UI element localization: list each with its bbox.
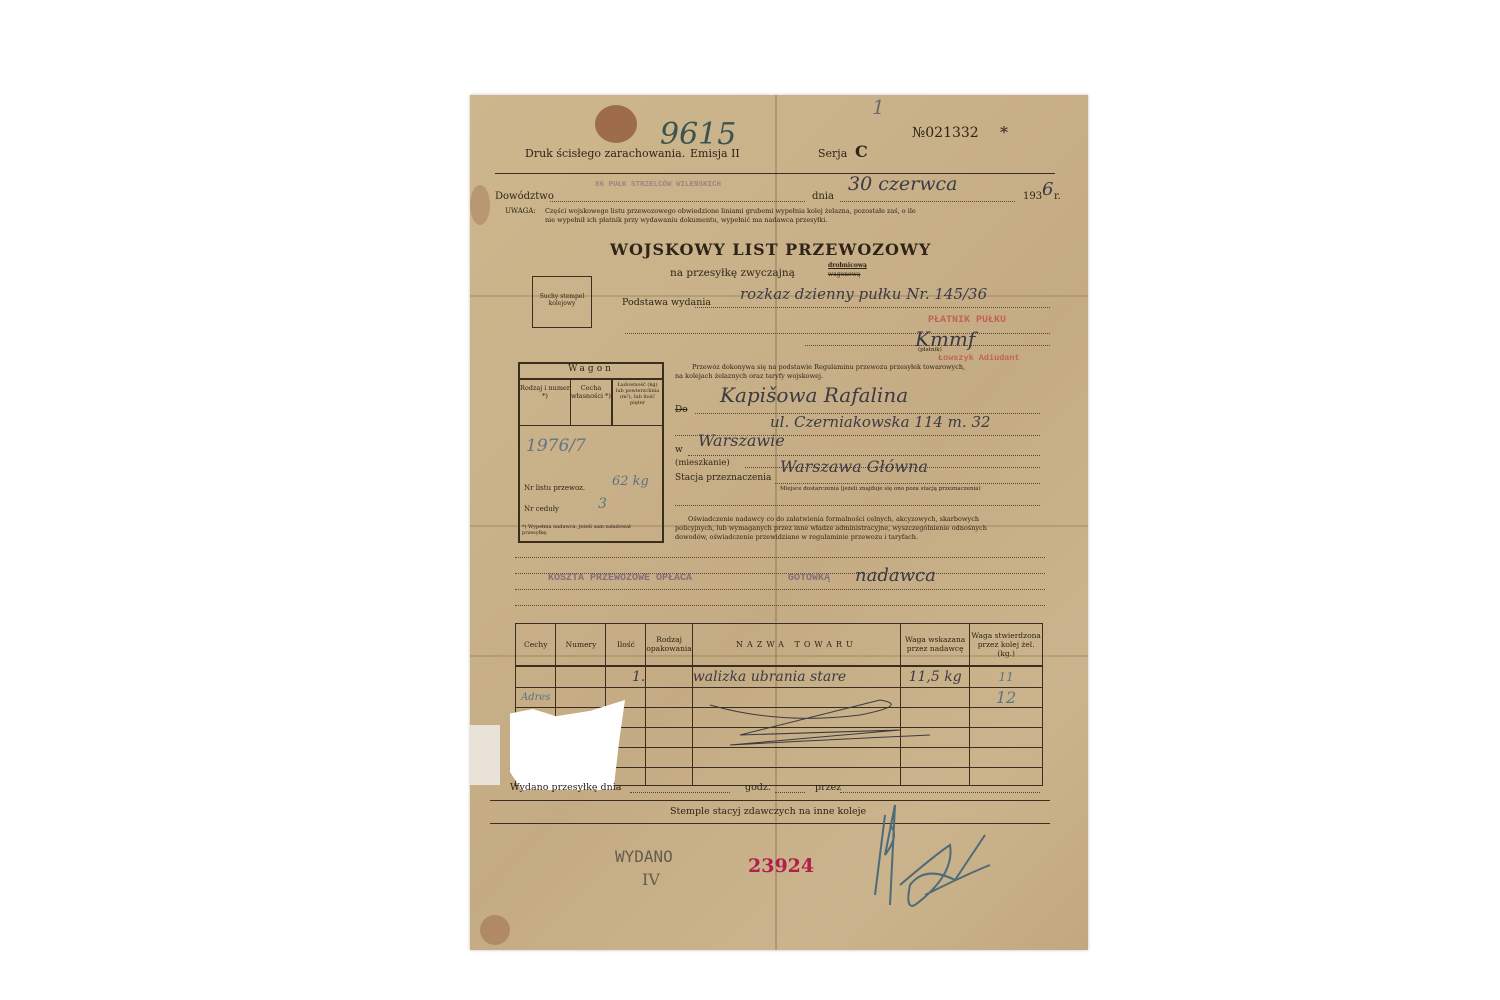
- stain: [595, 105, 637, 143]
- star-mark: *: [1000, 123, 1008, 142]
- note-line-1: Części wojskowego listu przewozowego obw…: [545, 207, 916, 216]
- wagon-box: Wagon Rodzaj i numer *) Cecha własności …: [518, 362, 664, 543]
- col-numery: Numery: [556, 624, 606, 666]
- declaration-line-2: policyjnych, lub wymaganych przez inne w…: [675, 524, 987, 532]
- recipient-address: ul. Czerniakowska 114 m. 32: [770, 413, 991, 431]
- wagon-col-owner: Cecha własności *): [571, 380, 613, 425]
- date-value: 30 czerwca: [848, 173, 957, 195]
- slip-label: Nr ceduły: [524, 505, 559, 513]
- issued-stamp-sub: IV: [642, 870, 660, 889]
- strike-scribble: [700, 695, 960, 755]
- issued-stamp: WYDANO: [615, 847, 673, 866]
- document-subtitle: na przesyłkę zwyczajną: [670, 267, 795, 279]
- col-goods-name: NAZWA TOWARU: [692, 624, 900, 666]
- declaration-line-1: Oświadczenie nadawcy co do załatwienia f…: [688, 515, 979, 523]
- command-label: Dowództwo: [495, 191, 554, 202]
- cash-stamp: GOTOWKĄ: [788, 573, 830, 584]
- delivery-note: Miejsce dostarczenia (jeżeli znajduje si…: [780, 486, 981, 492]
- slip-value: 3: [598, 496, 607, 512]
- costs-stamp: KOSZTA PRZEWOZOWE OPŁACA: [548, 573, 692, 584]
- subtitle-option: drobnicową: [828, 262, 867, 269]
- release-hour-label: godz.: [745, 782, 771, 793]
- handwritten-corner: 1: [872, 95, 885, 119]
- payer-name-stamp: Łowszyk Adiudant: [938, 353, 1020, 363]
- stain: [480, 915, 510, 945]
- in-label: w: [675, 445, 683, 455]
- document-number: №021332: [912, 125, 979, 141]
- note-label: UWAGA:: [505, 207, 536, 216]
- subtitle-option-struck: wagonową: [828, 271, 860, 278]
- station-stamps-label: Stemple stacyj zdawczych na inne koleje: [670, 806, 866, 817]
- serja-label: Serja: [818, 147, 847, 160]
- waybill-label: Nr listu przewoz.: [524, 484, 585, 492]
- release-by-label: przez: [815, 782, 841, 793]
- weight-rail: 11: [970, 666, 1043, 688]
- col-cechy: Cechy: [516, 624, 556, 666]
- col-weight-rail: Waga stwierdzona przez kolej żel. (kg.): [970, 624, 1043, 666]
- wagon-title: Wagon: [520, 364, 662, 380]
- col-weight-sender: Waga wskazana przez nadawcę: [901, 624, 970, 666]
- col-ilosc: Ilość: [606, 624, 646, 666]
- freight-document: Druk ścisłego zarachowania. Emisja II Se…: [470, 95, 1088, 950]
- station-label: Stacja przeznaczenia: [675, 473, 771, 483]
- goods-header-row: Cechy Numery Ilość Rodzaj opakowania NAZ…: [516, 624, 1043, 666]
- to-label: Do: [675, 405, 688, 415]
- weight-sender: 11,5 kg: [901, 666, 970, 688]
- transport-note-2: na kolejach żelaznych oraz taryfy wojsko…: [675, 372, 823, 380]
- dry-stamp-box: Suchy stempel kolejowy: [532, 276, 592, 328]
- wagon-entry: 1976/7: [526, 436, 586, 456]
- table-row: 1. walizka ubrania stare 11,5 kg 11: [516, 666, 1043, 688]
- red-serial-number: 23924: [748, 855, 814, 877]
- divider: [495, 173, 1055, 174]
- dry-stamp-label: Suchy stempel kolejowy: [533, 277, 591, 307]
- signature-scribble: [855, 795, 1025, 925]
- wagon-col-type: Rodzaj i numer *): [520, 380, 571, 425]
- col-packaging: Rodzaj opakowania: [646, 624, 692, 666]
- document-title: WOJSKOWY LIST PRZEWOZOWY: [610, 240, 931, 259]
- unit-stamp: 86 PUŁK STRZELCÓW WILEŃSKICH: [595, 181, 721, 189]
- release-label: Wydano przesyłkę dnia: [510, 782, 621, 793]
- handwritten-number: 9615: [660, 117, 736, 152]
- station-value: Warszawa Główna: [780, 457, 928, 476]
- wagon-col-capacity: Ładowność (kg) lub powierzchnia (m²), lu…: [613, 380, 662, 425]
- goods-name: walizka ubrania stare: [692, 666, 900, 688]
- note-line-2: nie wypełnił ich płatnik przy wydawaniu …: [545, 216, 827, 225]
- waybill-value: 62 kg: [612, 474, 649, 489]
- year-suffix: 6: [1042, 179, 1053, 200]
- serja-value: C: [855, 142, 868, 161]
- costs-payer: nadawca: [855, 565, 936, 586]
- residence-label: (mieszkanie): [675, 458, 730, 468]
- recipient-name: Kapišowa Rafalina: [720, 383, 908, 407]
- stain: [470, 185, 490, 225]
- payer-stamp: PŁATNIK PUŁKU: [928, 315, 1006, 326]
- declaration-line-3: dowodów, oświadczenie przewidziane w reg…: [675, 533, 918, 541]
- recipient-city: Warszawie: [698, 431, 785, 450]
- date-label: dnia: [812, 191, 834, 202]
- year-prefix: 193: [1023, 191, 1042, 202]
- transport-note-1: Przewóz dokonywa się na podstawie Regula…: [692, 363, 965, 371]
- wagon-footnote: *) Wypełnia nadawca, jeżeli sam załadowa…: [522, 524, 658, 536]
- year-unit: r.: [1054, 191, 1061, 202]
- basis-value: rozkaz dzienny pułku Nr. 145/36: [740, 285, 987, 303]
